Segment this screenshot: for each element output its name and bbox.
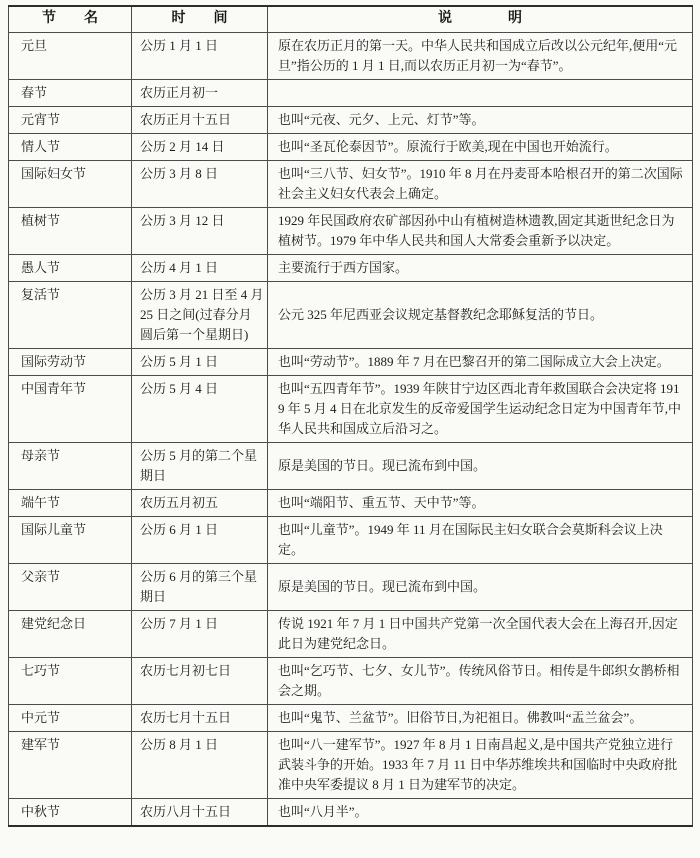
cell-name: 国际妇女节 xyxy=(9,161,132,208)
cell-name: 春节 xyxy=(9,80,132,107)
table-row: 元宵节农历正月十五日也叫“元夜、元夕、上元、灯节”等。 xyxy=(9,107,693,134)
cell-name: 端午节 xyxy=(9,490,132,517)
cell-time: 公历 8 月 1 日 xyxy=(132,732,268,799)
table-row: 端午节农历五月初五也叫“端阳节、重五节、天中节”等。 xyxy=(9,490,693,517)
cell-time: 公历 3 月 12 日 xyxy=(132,208,268,255)
cell-name: 元旦 xyxy=(9,33,132,80)
cell-desc: 原是美国的节日。现已流布到中国。 xyxy=(268,443,693,490)
table-row: 春节农历正月初一 xyxy=(9,80,693,107)
cell-name: 中元节 xyxy=(9,705,132,732)
table-row: 复活节公历 3 月 21 日至 4 月 25 日之间(过春分月圆后第一个星期日)… xyxy=(9,282,693,349)
table-row: 元旦公历 1 月 1 日原在农历正月的第一天。中华人民共和国成立后改以公元纪年,… xyxy=(9,33,693,80)
table-row: 七巧节农历七月初七日也叫“乞巧节、七夕、女儿节”。传统风俗节日。相传是牛郎织女鹊… xyxy=(9,658,693,705)
cell-name: 情人节 xyxy=(9,134,132,161)
table-row: 国际劳动节公历 5 月 1 日也叫“劳动节”。1889 年 7 月在巴黎召开的第… xyxy=(9,349,693,376)
cell-desc: 也叫“八月半”。 xyxy=(268,799,693,827)
cell-time: 公历 6 月 1 日 xyxy=(132,517,268,564)
table-row: 中国青年节公历 5 月 4 日也叫“五四青年节”。1939 年陕甘宁边区西北青年… xyxy=(9,376,693,443)
table-header: 节 名 时 间 说 明 xyxy=(9,6,693,33)
cell-desc: 也叫“圣瓦伦泰因节”。原流行于欧美,现在中国也开始流行。 xyxy=(268,134,693,161)
cell-name: 国际儿童节 xyxy=(9,517,132,564)
cell-name: 父亲节 xyxy=(9,564,132,611)
cell-desc: 也叫“元夜、元夕、上元、灯节”等。 xyxy=(268,107,693,134)
table-row: 中元节农历七月十五日也叫“鬼节、兰盆节”。旧俗节日,为祀祖日。佛教叫“盂兰盆会”… xyxy=(9,705,693,732)
header-row: 节 名 时 间 说 明 xyxy=(9,6,693,33)
cell-desc: 原是美国的节日。现已流布到中国。 xyxy=(268,564,693,611)
cell-desc: 也叫“三八节、妇女节”。1910 年 8 月在丹麦哥本哈根召开的第二次国际社会主… xyxy=(268,161,693,208)
cell-time: 农历七月初七日 xyxy=(132,658,268,705)
cell-name: 母亲节 xyxy=(9,443,132,490)
cell-time: 农历正月初一 xyxy=(132,80,268,107)
cell-time: 公历 5 月 4 日 xyxy=(132,376,268,443)
cell-desc: 也叫“儿童节”。1949 年 11 月在国际民主妇女联合会莫斯科会议上决定。 xyxy=(268,517,693,564)
cell-desc: 公元 325 年尼西亚会议规定基督教纪念耶稣复活的节日。 xyxy=(268,282,693,349)
column-header-time: 时 间 xyxy=(132,6,268,33)
column-header-name: 节 名 xyxy=(9,6,132,33)
table-row: 母亲节公历 5 月的第二个星期日原是美国的节日。现已流布到中国。 xyxy=(9,443,693,490)
cell-desc: 传说 1921 年 7 月 1 日中国共产党第一次全国代表大会在上海召开,因定此… xyxy=(268,611,693,658)
cell-time: 农历八月十五日 xyxy=(132,799,268,827)
cell-name: 中国青年节 xyxy=(9,376,132,443)
table-row: 国际儿童节公历 6 月 1 日也叫“儿童节”。1949 年 11 月在国际民主妇… xyxy=(9,517,693,564)
table-row: 中秋节农历八月十五日也叫“八月半”。 xyxy=(9,799,693,827)
cell-name: 国际劳动节 xyxy=(9,349,132,376)
table-row: 建党纪念日公历 7 月 1 日传说 1921 年 7 月 1 日中国共产党第一次… xyxy=(9,611,693,658)
cell-name: 建军节 xyxy=(9,732,132,799)
cell-desc: 也叫“八一建军节”。1927 年 8 月 1 日南昌起义,是中国共产党独立进行武… xyxy=(268,732,693,799)
holidays-table: 节 名 时 间 说 明 元旦公历 1 月 1 日原在农历正月的第一天。中华人民共… xyxy=(8,5,693,827)
cell-time: 农历七月十五日 xyxy=(132,705,268,732)
cell-desc: 也叫“鬼节、兰盆节”。旧俗节日,为祀祖日。佛教叫“盂兰盆会”。 xyxy=(268,705,693,732)
cell-name: 七巧节 xyxy=(9,658,132,705)
table-row: 父亲节公历 6 月的第三个星期日原是美国的节日。现已流布到中国。 xyxy=(9,564,693,611)
cell-desc xyxy=(268,80,693,107)
column-header-desc: 说 明 xyxy=(268,6,693,33)
cell-desc: 原在农历正月的第一天。中华人民共和国成立后改以公元纪年,便用“元旦”指公历的 1… xyxy=(268,33,693,80)
table-row: 建军节公历 8 月 1 日也叫“八一建军节”。1927 年 8 月 1 日南昌起… xyxy=(9,732,693,799)
cell-desc: 也叫“劳动节”。1889 年 7 月在巴黎召开的第二国际成立大会上决定。 xyxy=(268,349,693,376)
cell-time: 公历 5 月 1 日 xyxy=(132,349,268,376)
table-body: 元旦公历 1 月 1 日原在农历正月的第一天。中华人民共和国成立后改以公元纪年,… xyxy=(9,33,693,827)
table-row: 情人节公历 2 月 14 日也叫“圣瓦伦泰因节”。原流行于欧美,现在中国也开始流… xyxy=(9,134,693,161)
table-row: 愚人节公历 4 月 1 日主要流行于西方国家。 xyxy=(9,255,693,282)
table-row: 植树节公历 3 月 12 日1929 年民国政府农矿部因孙中山有植树造林遗教,固… xyxy=(9,208,693,255)
cell-time: 农历五月初五 xyxy=(132,490,268,517)
cell-desc: 主要流行于西方国家。 xyxy=(268,255,693,282)
cell-name: 中秋节 xyxy=(9,799,132,827)
cell-desc: 也叫“五四青年节”。1939 年陕甘宁边区西北青年救国联合会决定将 1919 年… xyxy=(268,376,693,443)
cell-name: 复活节 xyxy=(9,282,132,349)
cell-time: 公历 3 月 21 日至 4 月 25 日之间(过春分月圆后第一个星期日) xyxy=(132,282,268,349)
cell-name: 元宵节 xyxy=(9,107,132,134)
table-row: 国际妇女节公历 3 月 8 日也叫“三八节、妇女节”。1910 年 8 月在丹麦… xyxy=(9,161,693,208)
cell-desc: 也叫“乞巧节、七夕、女儿节”。传统风俗节日。相传是牛郎织女鹊桥相会之期。 xyxy=(268,658,693,705)
cell-name: 建党纪念日 xyxy=(9,611,132,658)
cell-name: 植树节 xyxy=(9,208,132,255)
cell-time: 公历 7 月 1 日 xyxy=(132,611,268,658)
cell-time: 公历 6 月的第三个星期日 xyxy=(132,564,268,611)
cell-desc: 1929 年民国政府农矿部因孙中山有植树造林遗教,固定其逝世纪念日为植树节。19… xyxy=(268,208,693,255)
cell-time: 公历 5 月的第二个星期日 xyxy=(132,443,268,490)
cell-time: 公历 3 月 8 日 xyxy=(132,161,268,208)
cell-time: 公历 1 月 1 日 xyxy=(132,33,268,80)
scanned-page: 节 名 时 间 说 明 元旦公历 1 月 1 日原在农历正月的第一天。中华人民共… xyxy=(0,0,700,827)
cell-time: 农历正月十五日 xyxy=(132,107,268,134)
cell-desc: 也叫“端阳节、重五节、天中节”等。 xyxy=(268,490,693,517)
cell-name: 愚人节 xyxy=(9,255,132,282)
cell-time: 公历 4 月 1 日 xyxy=(132,255,268,282)
cell-time: 公历 2 月 14 日 xyxy=(132,134,268,161)
